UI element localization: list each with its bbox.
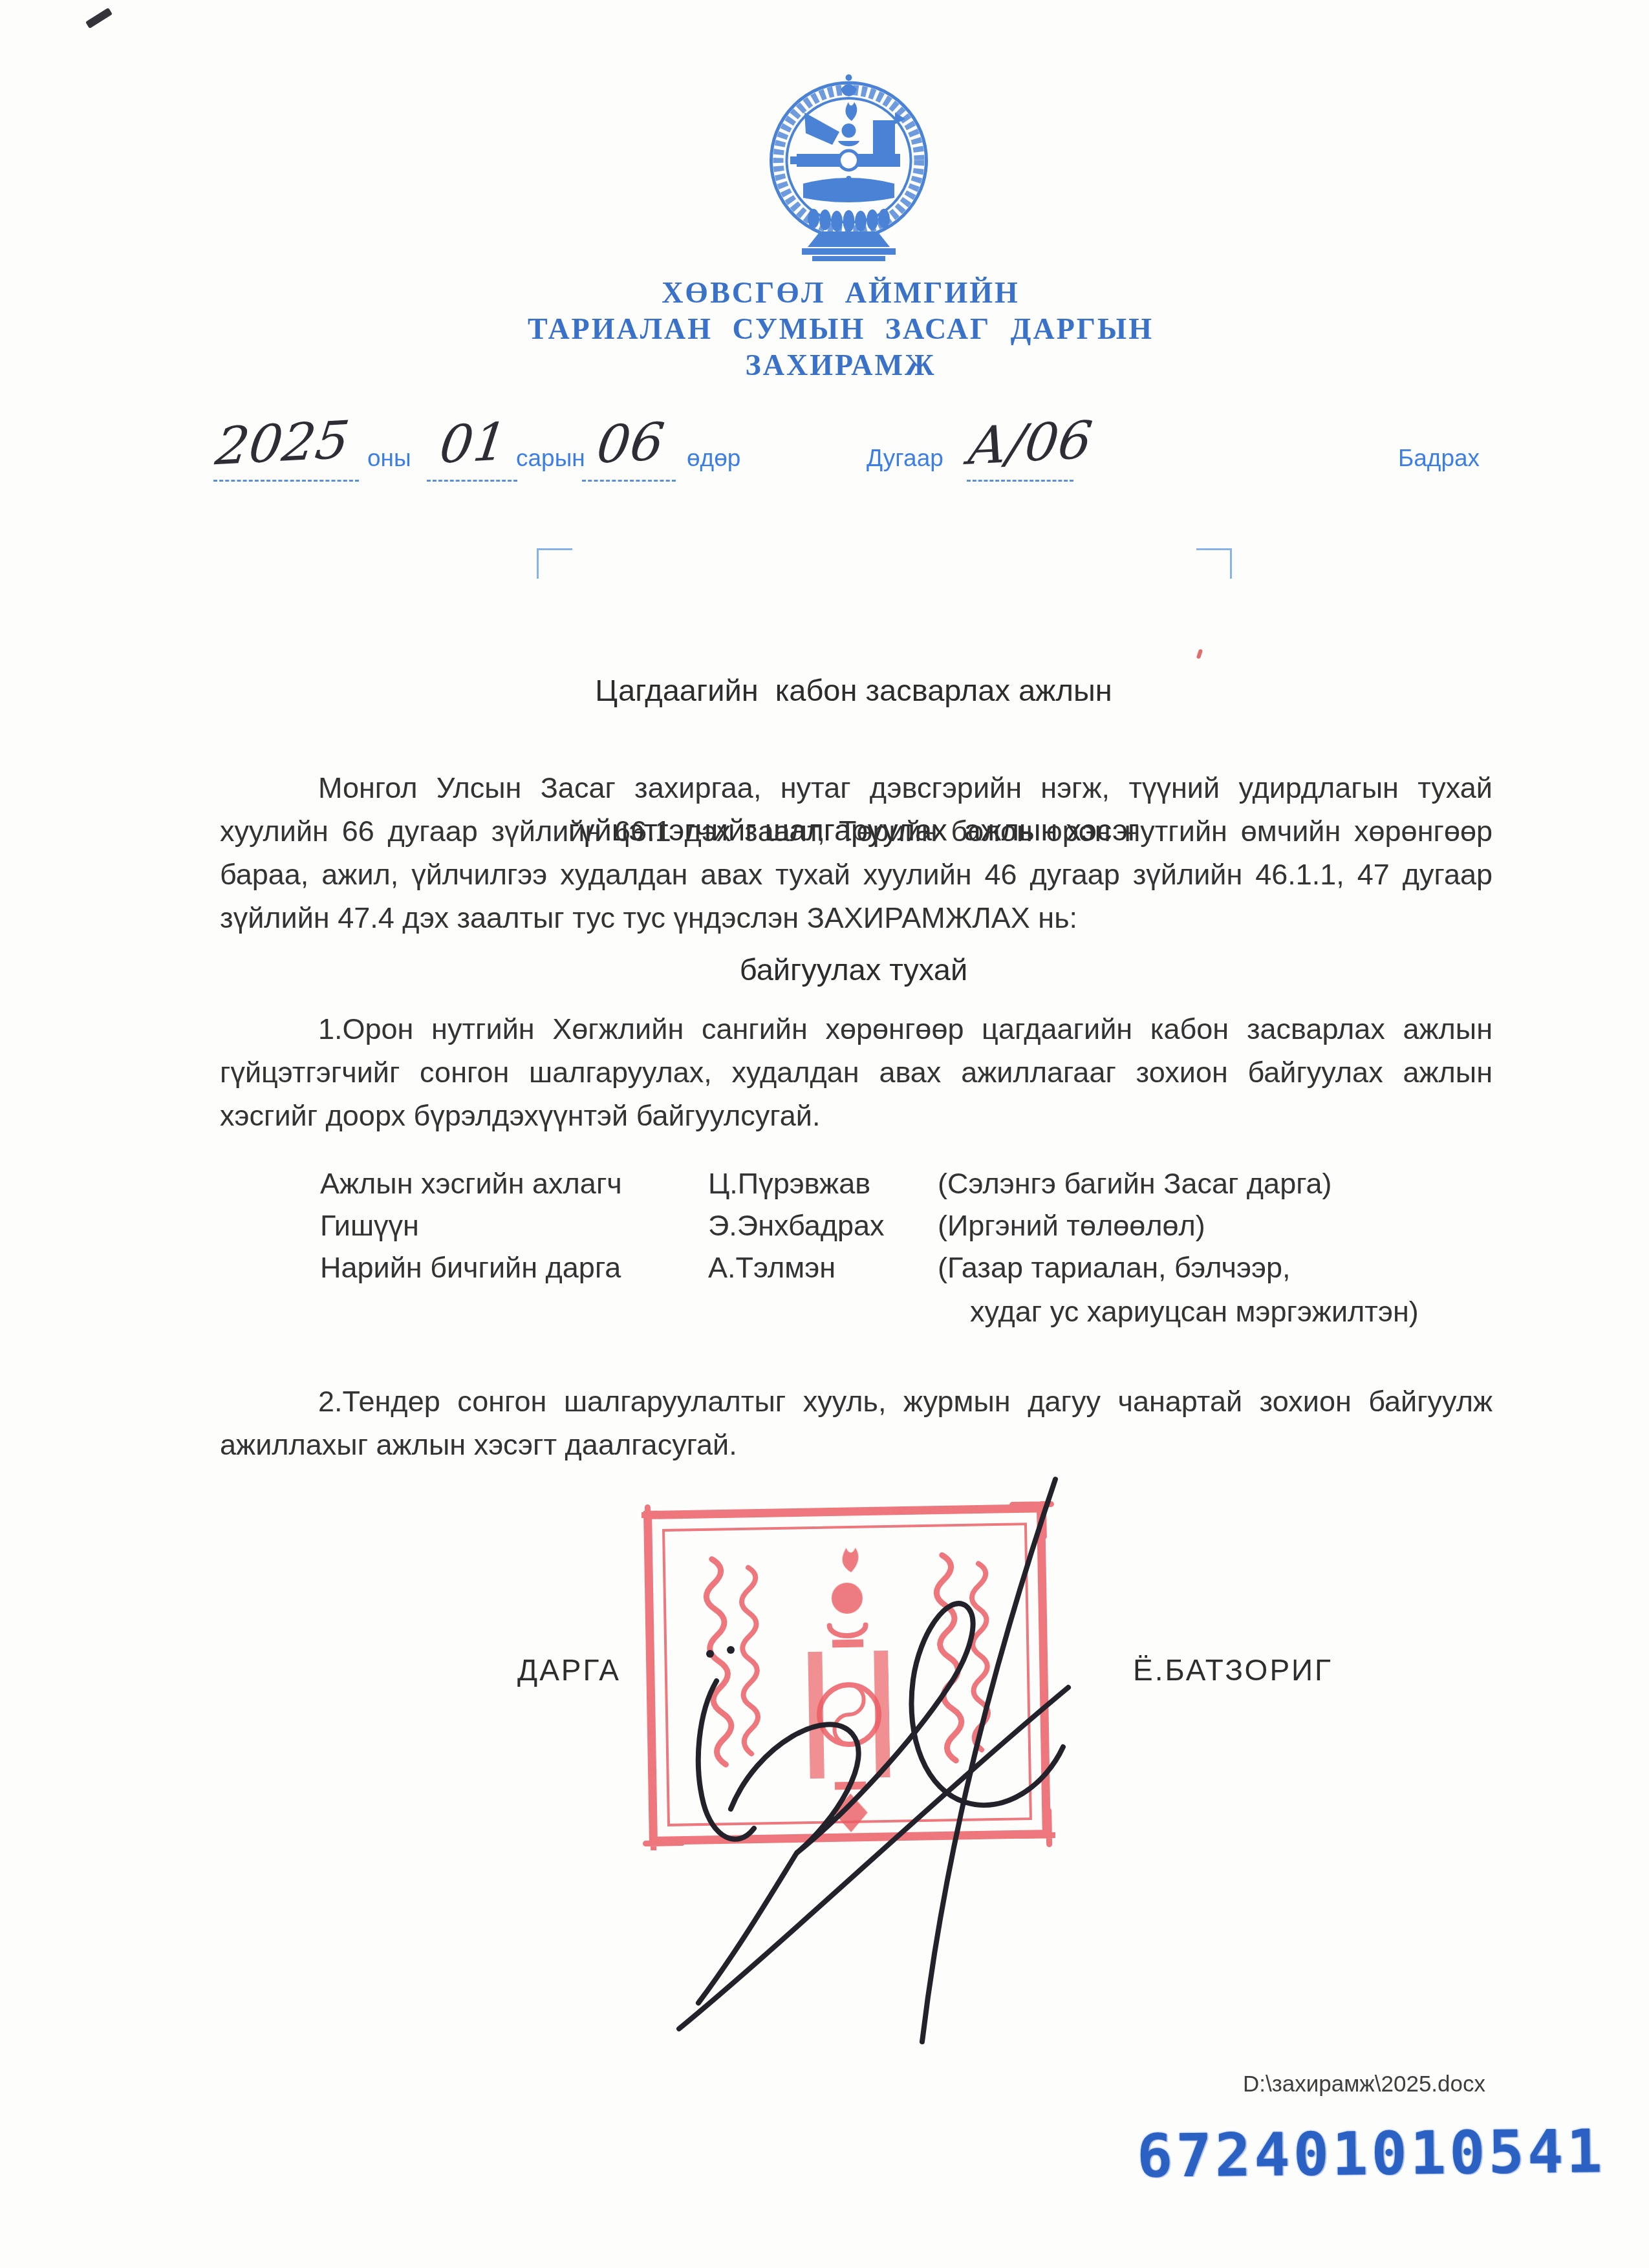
title-line3: байгуулах тухай: [110, 947, 1597, 993]
handwritten-month: 01: [430, 408, 517, 479]
member-list: Ажлын хэсгийн ахлагч Ц.Пүрэвжав (Сэлэнгэ…: [320, 1162, 1549, 1289]
signer-name: Ё.БАТЗОРИГ: [1133, 1653, 1333, 1687]
member-role: Ажлын хэсгийн ахлагч: [320, 1162, 708, 1204]
date-number-line: 2025 оны 01 сарын 06 өдөр Дугаар А/06 Ба…: [0, 414, 1649, 498]
member-row: Нарийн бичгийн дарга А.Тэлмэн (Газар тар…: [320, 1246, 1549, 1289]
paragraph-clause2: 2.Тендер сонгон шалгаруулалтыг хууль, жу…: [220, 1380, 1493, 1466]
member-role: Гишүүн: [320, 1204, 708, 1246]
number-label: Дугаар: [867, 445, 943, 472]
state-emblem-icon: [763, 71, 934, 262]
paragraph-clause1: 1.Орон нутгийн Хөгжлийн сангийн хөрөнгөө…: [220, 1007, 1493, 1137]
file-path: D:\захирамж\2025.docx: [1243, 2071, 1485, 2097]
handwritten-year: 2025: [212, 407, 350, 480]
year-underline: [213, 480, 359, 482]
letterhead: ХӨВСГӨЛ АЙМГИЙН ТАРИАЛАН СУМЫН ЗАСАГ ДАР…: [97, 275, 1584, 383]
clerk-name: Бадрах: [1398, 445, 1480, 472]
member-name: Ц.Пүрэвжав: [708, 1162, 938, 1204]
scan-speck: [85, 8, 113, 28]
month-label: сарын: [516, 445, 585, 472]
member-note: (Иргэний төлөөлөл): [938, 1204, 1549, 1246]
handwritten-number: А/06: [964, 407, 1090, 480]
member-row: Ажлын хэсгийн ахлагч Ц.Пүрэвжав (Сэлэнгэ…: [320, 1162, 1549, 1204]
member-note: (Сэлэнгэ багийн Засаг дарга): [938, 1162, 1549, 1204]
member-row: Гишүүн Э.Энхбадрах (Иргэний төлөөлөл): [320, 1204, 1549, 1246]
number-underline: [967, 480, 1073, 482]
day-label: өдөр: [687, 445, 740, 472]
org-name-line1: ХӨВСГӨЛ АЙМГИЙН: [97, 275, 1584, 311]
member-note-continuation: худаг ус хариуцсан мэргэжилтэн): [970, 1290, 1419, 1332]
scanned-decree-page: ХӨВСГӨЛ АЙМГИЙН ТАРИАЛАН СУМЫН ЗАСАГ ДАР…: [0, 0, 1649, 2268]
handwritten-day: 06: [584, 408, 677, 480]
member-name: А.Тэлмэн: [708, 1246, 938, 1289]
month-underline: [427, 480, 517, 482]
member-name: Э.Энхбадрах: [708, 1204, 938, 1246]
member-role: Нарийн бичгийн дарга: [320, 1246, 708, 1289]
registration-number-stamp: 672401010541: [1136, 2117, 1606, 2191]
title-line1: Цагдаагийн кабон засварлах ажлын: [110, 667, 1597, 714]
signature-autograph: [634, 1460, 1138, 2055]
signer-position-label: ДАРГА: [517, 1653, 621, 1687]
paragraph-legal-basis: Монгол Улсын Засаг захиргаа, нутаг дэвсг…: [220, 766, 1493, 939]
year-label: оны: [367, 445, 411, 472]
org-name-line2: ТАРИАЛАН СУМЫН ЗАСАГ ДАРГЫН: [97, 311, 1584, 347]
day-underline: [582, 480, 676, 482]
member-note: (Газар тариалан, бэлчээр,: [938, 1246, 1549, 1289]
doc-type-label: ЗАХИРАМЖ: [97, 347, 1584, 383]
